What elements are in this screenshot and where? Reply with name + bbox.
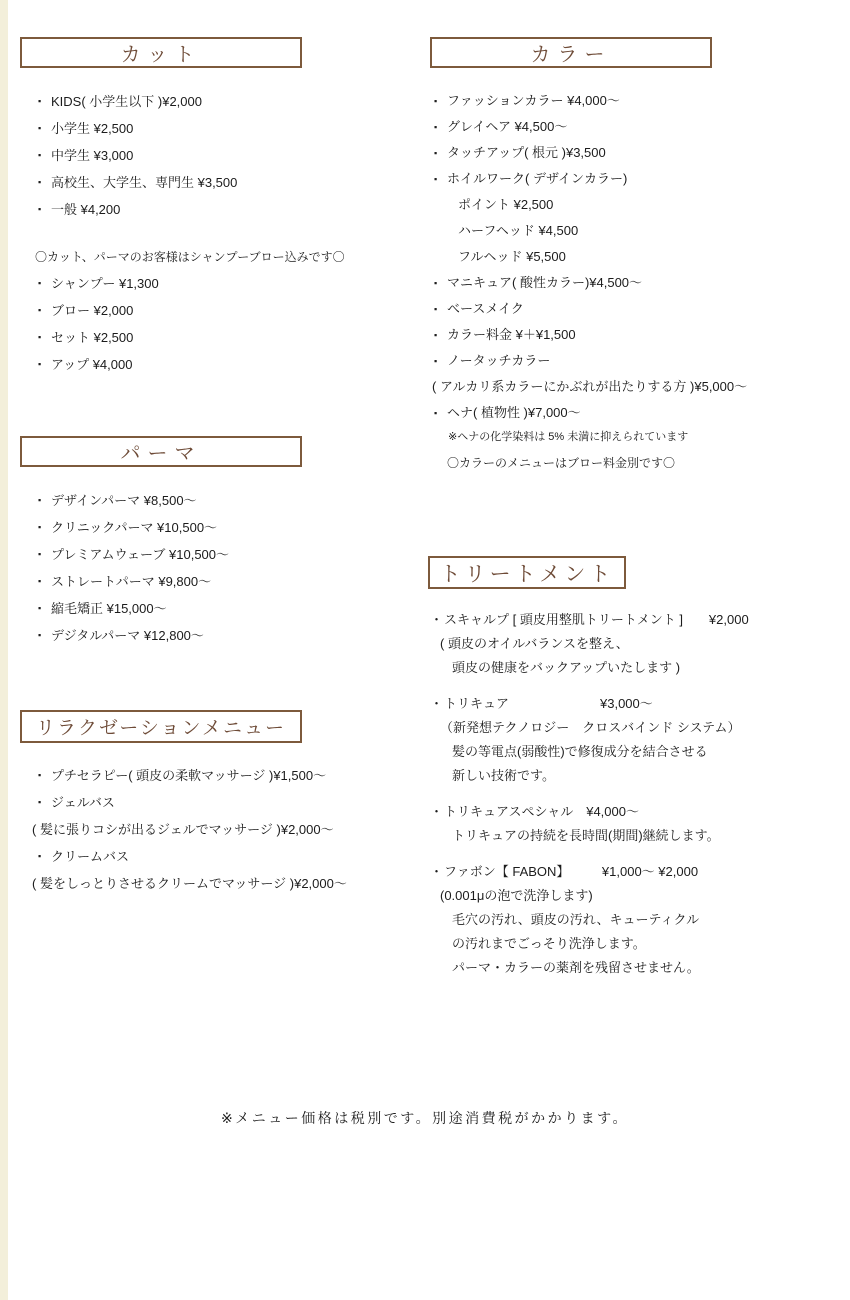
section-header-perm: パーマ — [20, 436, 302, 467]
bullet-icon: ▪ — [38, 568, 51, 595]
menu-item-description: ( 髪をしっとりさせるクリームでマッサージ )¥2,000〜 — [20, 870, 347, 897]
menu-item: ・スキャルプ [ 頭皮用整肌トリートメント ] ¥2,000 — [430, 608, 749, 632]
menu-item-text: グレイヘア ¥4,500〜 — [447, 114, 567, 140]
cut-price-list: ▪KIDS( 小学生以下 )¥2,000 ▪小学生 ¥2,500 ▪中学生 ¥3… — [20, 88, 237, 223]
spacer — [430, 848, 749, 860]
menu-item-text: トリキュアの持続を長時間(期間)継続します。 — [452, 824, 720, 848]
bullet-icon: ▪ — [434, 348, 447, 374]
section-header-treatment: トリートメント — [428, 556, 626, 589]
menu-item-text: 頭皮の健康をバックアップいたします ) — [452, 656, 680, 680]
menu-item-text: パーマ・カラーの薬剤を残留させません。 — [452, 956, 700, 980]
dot-bullet-icon: ・ — [430, 800, 444, 824]
menu-item: ▪デザインパーマ ¥8,500〜 — [20, 487, 229, 514]
menu-item-description: トリキュアの持続を長時間(期間)継続します。 — [430, 824, 749, 848]
bullet-icon: ▪ — [38, 169, 51, 196]
menu-item: ▪ジェルバス — [20, 789, 347, 816]
bullet-icon: ▪ — [434, 270, 447, 296]
menu-item-text: クリニックパーマ ¥10,500〜 — [51, 514, 217, 541]
menu-item-text: ベースメイク — [447, 296, 524, 322]
menu-item: ▪グレイヘア ¥4,500〜 — [432, 114, 747, 140]
menu-item-text: ハーフヘッド ¥4,500 — [458, 218, 578, 244]
menu-item-text: ストレートパーマ ¥9,800〜 — [51, 568, 211, 595]
menu-item: ▪プレミアムウェーブ ¥10,500〜 — [20, 541, 229, 568]
menu-item-description: の汚れまでごっそり洗浄します。 — [430, 932, 749, 956]
menu-item: ▪ストレートパーマ ¥9,800〜 — [20, 568, 229, 595]
menu-item-text: フルヘッド ¥5,500 — [458, 244, 566, 270]
bullet-icon: ▪ — [38, 270, 51, 297]
menu-item-description: パーマ・カラーの薬剤を残留させません。 — [430, 956, 749, 980]
menu-item-text: KIDS( 小学生以下 )¥2,000 — [51, 88, 202, 115]
treatment-price-list: ・スキャルプ [ 頭皮用整肌トリートメント ] ¥2,000 ( 頭皮のオイルバ… — [430, 608, 749, 980]
bullet-icon: ▪ — [434, 114, 447, 140]
menu-item: ▪KIDS( 小学生以下 )¥2,000 — [20, 88, 237, 115]
menu-item-text: 縮毛矯正 ¥15,000〜 — [51, 595, 167, 622]
menu-item: ▪縮毛矯正 ¥15,000〜 — [20, 595, 229, 622]
bullet-icon: ▪ — [38, 487, 51, 514]
menu-item: ▪マニキュア( 酸性カラー)¥4,500〜 — [432, 270, 747, 296]
menu-item: ▪ノータッチカラー — [432, 348, 747, 374]
dot-bullet-icon: ・ — [430, 860, 444, 884]
bullet-icon: ▪ — [38, 351, 51, 378]
menu-item-text: スキャルプ [ 頭皮用整肌トリートメント ] ¥2,000 — [444, 608, 749, 632]
menu-item-text: ( 髪をしっとりさせるクリームでマッサージ )¥2,000〜 — [32, 870, 347, 897]
menu-item: ▪カラー料金 ¥＋¥1,500 — [432, 322, 747, 348]
menu-item-description: (0.001μの泡で洗浄します) — [430, 884, 749, 908]
menu-item: ・トリキュア ¥3,000〜 — [430, 692, 749, 716]
menu-item: ▪高校生、大学生、専門生 ¥3,500 — [20, 169, 237, 196]
menu-item-text: の汚れまでごっそり洗浄します。 — [452, 932, 646, 956]
menu-item-text: プレミアムウェーブ ¥10,500〜 — [51, 541, 229, 568]
bullet-icon: ▪ — [434, 140, 447, 166]
menu-item: ▪デジタルパーマ ¥12,800〜 — [20, 622, 229, 649]
menu-item: ▪プチセラピー( 頭皮の柔軟マッサージ )¥1,500〜 — [20, 762, 347, 789]
section-title-perm: パーマ — [121, 437, 202, 466]
bullet-icon: ▪ — [38, 541, 51, 568]
menu-item-description: 頭皮の健康をバックアップいたします ) — [430, 656, 749, 680]
section-header-relaxation: リラクゼーションメニュー — [20, 710, 302, 743]
menu-subitem: フルヘッド ¥5,500 — [432, 244, 747, 270]
color-price-list: ▪ファッションカラー ¥4,000〜 ▪グレイヘア ¥4,500〜 ▪タッチアッ… — [432, 88, 747, 426]
relaxation-price-list: ▪プチセラピー( 頭皮の柔軟マッサージ )¥1,500〜 ▪ジェルバス ( 髪に… — [20, 762, 347, 897]
menu-item: ▪小学生 ¥2,500 — [20, 115, 237, 142]
menu-item-text: ヘナ( 植物性 )¥7,000〜 — [447, 400, 581, 426]
menu-item: ▪アップ ¥4,000 — [20, 351, 159, 378]
menu-item-description: （新発想テクノロジー クロスバインド システム） — [430, 716, 749, 740]
bullet-icon: ▪ — [38, 297, 51, 324]
dot-bullet-icon: ・ — [430, 692, 444, 716]
menu-item: ▪セット ¥2,500 — [20, 324, 159, 351]
dot-bullet-icon: ・ — [430, 608, 444, 632]
menu-item: ▪ホイルワーク( デザインカラー) — [432, 166, 747, 192]
menu-item-text: シャンプー ¥1,300 — [51, 270, 159, 297]
section-header-color: カラー — [430, 37, 712, 68]
bullet-icon: ▪ — [434, 88, 447, 114]
bullet-icon: ▪ — [38, 196, 51, 223]
menu-item-text: ポイント ¥2,500 — [458, 192, 553, 218]
menu-item-description: 髪の等電点(弱酸性)で修復成分を結合させる — [430, 740, 749, 764]
menu-item-text: ( アルカリ系カラーにかぶれが出たりする方 )¥5,000〜 — [432, 374, 747, 400]
section-header-cut: カット — [20, 37, 302, 68]
bullet-icon: ▪ — [38, 142, 51, 169]
menu-item-text: デジタルパーマ ¥12,800〜 — [51, 622, 204, 649]
section-title-cut: カット — [121, 38, 202, 67]
menu-item-text: クリームバス — [51, 843, 129, 870]
menu-item-description: 新しい技術です。 — [430, 764, 749, 788]
menu-item: ・トリキュアスペシャル ¥4,000〜 — [430, 800, 749, 824]
menu-item: ▪クリニックパーマ ¥10,500〜 — [20, 514, 229, 541]
menu-item-text: 高校生、大学生、専門生 ¥3,500 — [51, 169, 237, 196]
menu-item-description: 毛穴の汚れ、頭皮の汚れ、キューティクル — [430, 908, 749, 932]
menu-item-text: 毛穴の汚れ、頭皮の汚れ、キューティクル — [452, 908, 699, 932]
bullet-icon: ▪ — [38, 595, 51, 622]
menu-item-text: ジェルバス — [51, 789, 115, 816]
section-title-treatment: トリートメント — [440, 558, 615, 588]
color-henna-note: ※ヘナの化学染料は 5% 未満に抑えられています — [448, 428, 688, 444]
menu-item-text: ホイルワーク( デザインカラー) — [447, 166, 627, 192]
menu-item: ▪ベースメイク — [432, 296, 747, 322]
bullet-icon: ▪ — [38, 843, 51, 870]
left-accent-strip — [0, 0, 8, 1300]
menu-item-text: セット ¥2,500 — [51, 324, 133, 351]
section-title-color: カラー — [531, 38, 612, 67]
menu-item: ▪ヘナ( 植物性 )¥7,000〜 — [432, 400, 747, 426]
menu-item-text: アップ ¥4,000 — [51, 351, 132, 378]
bullet-icon: ▪ — [38, 622, 51, 649]
bullet-icon: ▪ — [38, 514, 51, 541]
menu-item: ▪タッチアップ( 根元 )¥3,500 — [432, 140, 747, 166]
menu-item-text: ( 髪に張りコシが出るジェルでマッサージ )¥2,000〜 — [32, 816, 334, 843]
menu-subitem: ハーフヘッド ¥4,500 — [432, 218, 747, 244]
menu-item: ▪シャンプー ¥1,300 — [20, 270, 159, 297]
bullet-icon: ▪ — [434, 322, 447, 348]
menu-item: ▪クリームバス — [20, 843, 347, 870]
bullet-icon: ▪ — [38, 789, 51, 816]
menu-item-text: トリキュア ¥3,000〜 — [444, 692, 653, 716]
menu-item-description: ( 頭皮のオイルバランスを整え、 — [430, 632, 749, 656]
bullet-icon: ▪ — [38, 324, 51, 351]
bullet-icon: ▪ — [38, 88, 51, 115]
tax-footer-note: ※メニュー価格は税別です。別途消費税がかかります。 — [0, 1108, 850, 1128]
cut-shampoo-note: 〇カット、パーマのお客様はシャンプーブロー込みです〇 — [35, 248, 345, 265]
menu-item: ▪ブロー ¥2,000 — [20, 297, 159, 324]
menu-item-text: ( 頭皮のオイルバランスを整え、 — [440, 632, 629, 656]
color-blow-note: 〇カラーのメニューはブロー料金別です〇 — [447, 454, 675, 471]
menu-item-text: ノータッチカラー — [447, 348, 550, 374]
menu-item-text: カラー料金 ¥＋¥1,500 — [447, 322, 576, 348]
menu-item: ・ファボン【 FABON】 ¥1,000〜 ¥2,000 — [430, 860, 749, 884]
menu-item-text: 髪の等電点(弱酸性)で修復成分を結合させる — [452, 740, 708, 764]
spacer — [430, 680, 749, 692]
bullet-icon: ▪ — [38, 762, 51, 789]
perm-price-list: ▪デザインパーマ ¥8,500〜 ▪クリニックパーマ ¥10,500〜 ▪プレミ… — [20, 487, 229, 649]
bullet-icon: ▪ — [434, 296, 447, 322]
menu-item: ▪一般 ¥4,200 — [20, 196, 237, 223]
cut-extra-price-list: ▪シャンプー ¥1,300 ▪ブロー ¥2,000 ▪セット ¥2,500 ▪ア… — [20, 270, 159, 378]
menu-item-text: 新しい技術です。 — [452, 764, 555, 788]
menu-item-text: マニキュア( 酸性カラー)¥4,500〜 — [447, 270, 642, 296]
menu-item-text: ブロー ¥2,000 — [51, 297, 133, 324]
menu-item-text: プチセラピー( 頭皮の柔軟マッサージ )¥1,500〜 — [51, 762, 326, 789]
menu-subitem: ポイント ¥2,500 — [432, 192, 747, 218]
menu-item-text: (0.001μの泡で洗浄します) — [440, 884, 593, 908]
menu-item-description: ( アルカリ系カラーにかぶれが出たりする方 )¥5,000〜 — [432, 374, 747, 400]
menu-item: ▪ファッションカラー ¥4,000〜 — [432, 88, 747, 114]
bullet-icon: ▪ — [434, 166, 447, 192]
bullet-icon: ▪ — [434, 400, 447, 426]
menu-item-text: デザインパーマ ¥8,500〜 — [51, 487, 197, 514]
menu-item-text: トリキュアスペシャル ¥4,000〜 — [444, 800, 639, 824]
menu-item-text: 中学生 ¥3,000 — [51, 142, 133, 169]
menu-item-text: タッチアップ( 根元 )¥3,500 — [447, 140, 606, 166]
menu-item-text: ファボン【 FABON】 ¥1,000〜 ¥2,000 — [444, 860, 698, 884]
menu-item-text: （新発想テクノロジー クロスバインド システム） — [440, 716, 741, 740]
menu-item-text: ファッションカラー ¥4,000〜 — [447, 88, 620, 114]
bullet-icon: ▪ — [38, 115, 51, 142]
salon-menu-page: { "glyphs": { "bullet": "▪", "dot": "・" … — [0, 0, 850, 1300]
menu-item: ▪中学生 ¥3,000 — [20, 142, 237, 169]
menu-item-text: 小学生 ¥2,500 — [51, 115, 133, 142]
menu-item-description: ( 髪に張りコシが出るジェルでマッサージ )¥2,000〜 — [20, 816, 347, 843]
section-title-relaxation: リラクゼーションメニュー — [36, 713, 286, 740]
spacer — [430, 788, 749, 800]
menu-item-text: 一般 ¥4,200 — [51, 196, 120, 223]
